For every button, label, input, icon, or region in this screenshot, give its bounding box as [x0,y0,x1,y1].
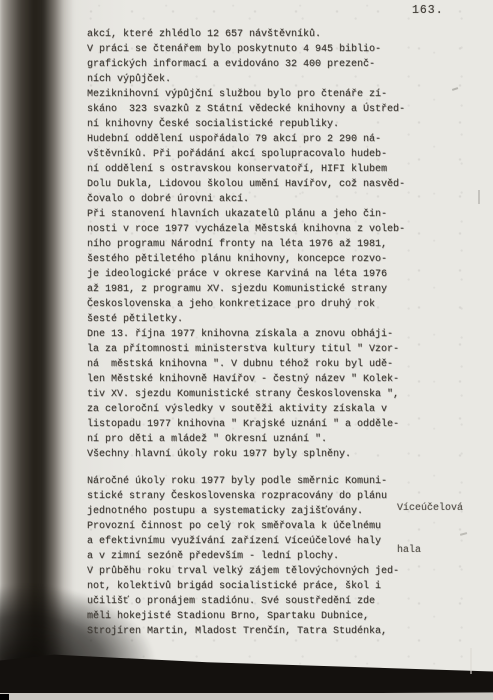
text-line: ní oddělení s ostravskou konservatoří, H… [87,162,405,177]
text-line: ná městská knihovna ". V dubnu téhož rok… [87,357,405,372]
text-line: stické strany Československa rozpracován… [87,489,405,504]
text-line: skáno 323 svazků z Státní vědecké knihov… [87,102,405,117]
text-line: Strojíren Martin, Mladost Trenčín, Tatra… [87,624,405,639]
text-line: Dolu Dukla, Lidovou školou umění Havířov… [87,177,405,192]
text-line: šestého pětiletého plánu knihovny, konce… [87,252,405,267]
text-line: až 1981, z programu XV. sjezdu Komunisti… [87,282,405,297]
scan-edge-bar [0,653,493,695]
scan-speck [460,532,467,535]
text-line: učilišť o pronájem stadiónu. Své soustře… [87,594,405,609]
text-line: not, kolektivů brigád socialistické prác… [87,579,405,594]
text-line: ní knihovny České socialistické republik… [87,117,405,132]
margin-note-line: Víceúčelová [397,502,463,516]
scan-speck [452,87,458,90]
text-line: Provozní činnost po celý rok směřovala k… [87,519,405,534]
margin-note: Víceúčelová hala [397,474,463,586]
scan-speck [478,190,480,204]
text-line: a efektivnímu využívání zařízení Víceúče… [87,534,405,549]
text-line: nosti v roce 1977 vycházela Městská knih… [87,222,405,237]
text-line: V práci se čtenářem bylo poskytnuto 4 94… [87,42,405,57]
margin-note-line: hala [397,544,463,558]
text-line: Náročné úkoly roku 1977 byly podle směrn… [87,474,405,489]
text-line: měli hokejisté Stadionu Brno, Spartaku D… [87,609,405,624]
paragraph-1: akcí, které zhlédlo 12 657 návštěvníků.V… [87,27,405,462]
text-line: grafických informací a evidováno 32 400 … [87,57,405,72]
document-body: akcí, které zhlédlo 12 657 návštěvníků.V… [87,27,405,639]
text-line: vštěvníků. Při pořádání akcí spolupracov… [87,147,405,162]
text-line: akcí, které zhlédlo 12 657 návštěvníků. [87,27,405,42]
text-line: je ideologické práce v okrese Karviná na… [87,267,405,282]
text-line: Československa a jeho konkretizace pro d… [87,297,405,312]
corner-mark [0,694,9,700]
text-line: tiv XV. sjezdu Komunistické strany Česko… [87,387,405,402]
scanned-document-page: 163. akcí, které zhlédlo 12 657 návštěvn… [0,0,493,700]
text-line: la za přítomnosti ministerstva kultury t… [87,342,405,357]
text-line: a v zimní sezóně především - lední ploch… [87,549,405,564]
text-line: V průběhu roku trval velký zájem tělovýc… [87,564,405,579]
text-line: Dne 13. října 1977 knihovna získala a zn… [87,327,405,342]
text-line: Při stanovení hlavních ukazatelů plánu a… [87,207,405,222]
text-line: Hudební oddělení uspořádalo 79 akcí pro … [87,132,405,147]
text-line: za celoroční výsledky v soutěži aktivity… [87,402,405,417]
text-line: ních výpůjček. [87,72,405,87]
book-binding-shadow [0,0,74,662]
text-line: ní pro děti a mládež " Okresní uznání ". [87,432,405,447]
paragraph-2: Náročné úkoly roku 1977 byly podle směrn… [87,474,405,639]
text-line: ního programu Národní fronty na léta 197… [87,237,405,252]
text-line: jednotného postupu a systematicky zajišť… [87,504,405,519]
text-line: len Městské knihovně Havířov - čestný ná… [87,372,405,387]
text-line: listopadu 1977 knihovna " Krajské uznání… [87,417,405,432]
text-line: šesté pětiletky. [87,312,405,327]
text-line: Všechny hlavní úkoly roku 1977 byly spln… [87,447,405,462]
scan-speck [470,648,472,674]
page-number: 163. [412,4,444,17]
text-line: čovalo o dobré úrovni akcí. [87,192,405,207]
scan-edge-below [0,693,493,700]
text-line: Meziknihovní výpůjční službou bylo pro č… [87,87,405,102]
